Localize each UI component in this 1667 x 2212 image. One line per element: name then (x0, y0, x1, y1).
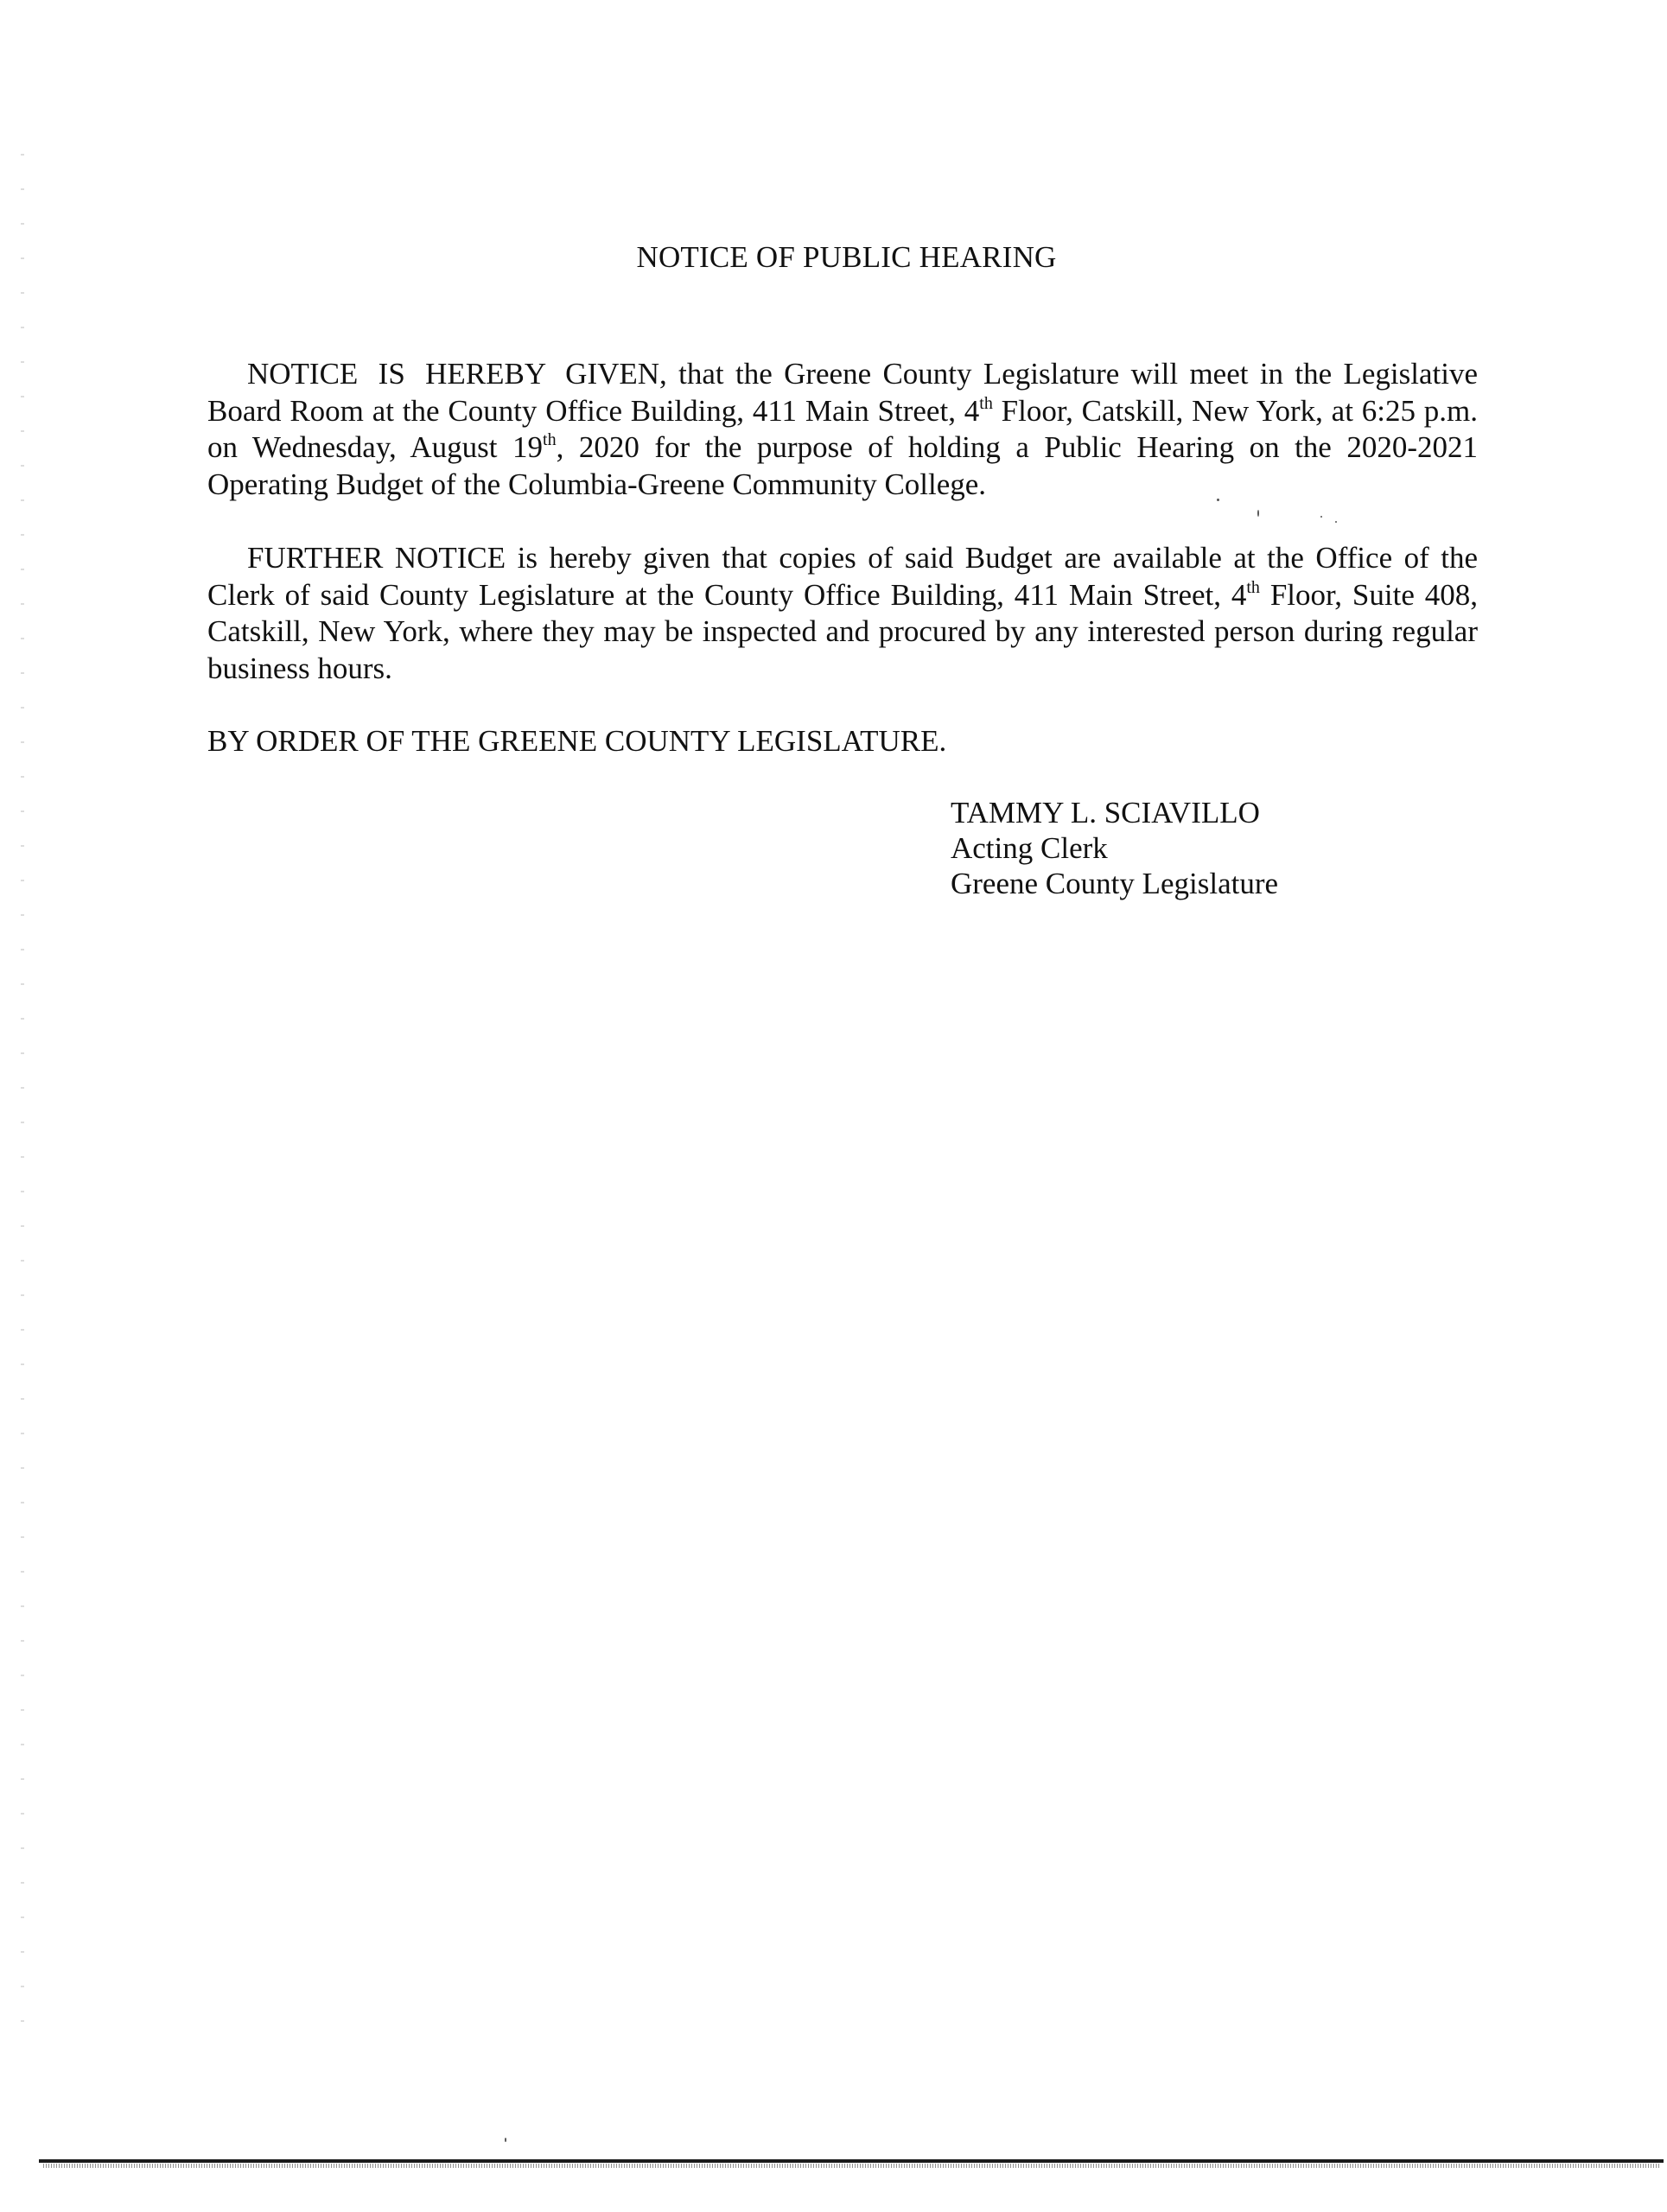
scan-speck (1257, 510, 1259, 517)
notice-paragraph: NOTICE IS HEREBY GIVEN, that the Greene … (207, 356, 1478, 503)
further-notice-paragraph: FURTHER NOTICE is hereby given that copi… (207, 540, 1478, 687)
bottom-scan-edge (39, 2159, 1664, 2163)
order-line: BY ORDER OF THE GREENE COUNTY LEGISLATUR… (207, 724, 946, 759)
scan-speck (1320, 516, 1322, 518)
scan-speck (1217, 499, 1219, 501)
bottom-scan-edge-noise (43, 2164, 1660, 2168)
scan-margin-marks (21, 121, 24, 2022)
signatory-name: TAMMY L. SCIAVILLO (951, 795, 1278, 830)
signature-block: TAMMY L. SCIAVILLO Acting Clerk Greene C… (951, 795, 1278, 901)
scan-speck (1335, 521, 1337, 523)
notice-lead: NOTICE IS HEREBY GIVEN, (247, 357, 667, 391)
scan-speck (505, 2138, 506, 2142)
signatory-organization: Greene County Legislature (951, 866, 1278, 901)
document-page: NOTICE OF PUBLIC HEARING NOTICE IS HEREB… (0, 0, 1667, 2212)
signatory-role: Acting Clerk (951, 830, 1278, 866)
document-title: NOTICE OF PUBLIC HEARING (0, 240, 1667, 275)
